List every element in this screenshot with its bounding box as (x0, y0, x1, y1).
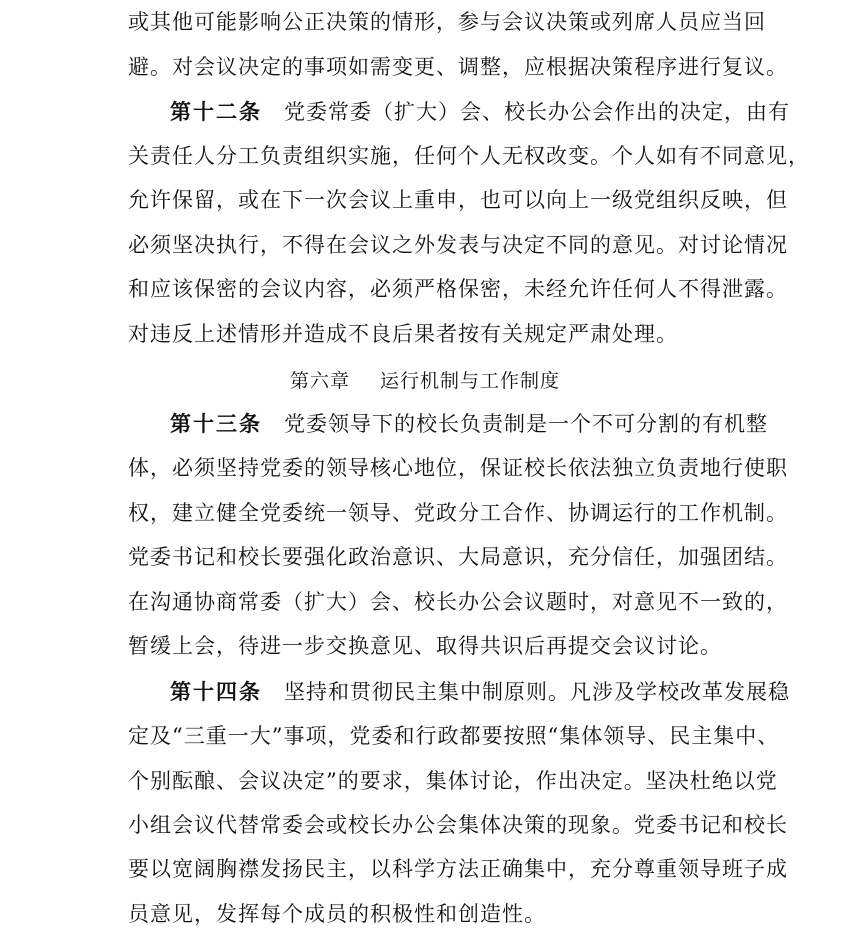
text-line: 小组会议代替常委会或校长办公会集体决策的现象。党委书记和校长 (128, 810, 722, 840)
text-line: 暂缓上会，待进一步交换意见、取得共识后再提交会议讨论。 (128, 631, 722, 661)
text-line: 必须坚决执行，不得在会议之外发表与决定不同的意见。对讨论情况 (128, 230, 722, 260)
article-text: 坚持和贯彻民主集中制原则。凡涉及学校改革发展稳 (284, 680, 790, 704)
article-number: 第十二条 (170, 100, 262, 124)
article-text: 党委领导下的校长负责制是一个不可分割的有机整 (284, 412, 768, 436)
text-line: 要以宽阔胸襟发扬民主，以科学方法正确集中，充分尊重领导班子成 (128, 854, 722, 884)
chapter-heading: 第六章运行机制与工作制度 (0, 366, 850, 396)
chapter-title: 运行机制与工作制度 (380, 370, 560, 392)
text-line: 权，建立健全党委统一领导、党政分工合作、协调运行的工作机制。 (128, 498, 722, 528)
text-line: 体，必须坚持党委的领导核心地位，保证校长依法独立负责地行使职 (128, 453, 722, 483)
article-number: 第十四条 (170, 680, 262, 704)
document-page: 或其他可能影响公正决策的情形，参与会议决策或列席人员应当回 避。对会议决定的事项… (0, 0, 850, 943)
text-line: 允许保留，或在下一次会议上重申，也可以向上一级党组织反映，但 (128, 185, 722, 215)
article-12-first-line: 第十二条党委常委（扩大）会、校长办公会作出的决定，由有 (170, 97, 722, 127)
text-line: 避。对会议决定的事项如需变更、调整，应根据决策程序进行复议。 (128, 52, 722, 82)
text-line: 和应该保密的会议内容，必须严格保密，未经允许任何人不得泄露。 (128, 274, 722, 304)
text-line: 定及“三重一大”事项，党委和行政都要按照“集体领导、民主集中、 (128, 721, 722, 751)
text-line: 在沟通协商常委（扩大）会、校长办公会议题时，对意见不一致的， (128, 587, 722, 617)
chapter-number: 第六章 (290, 370, 350, 392)
article-14-first-line: 第十四条坚持和贯彻民主集中制原则。凡涉及学校改革发展稳 (170, 677, 722, 707)
article-number: 第十三条 (170, 412, 262, 436)
article-13-first-line: 第十三条党委领导下的校长负责制是一个不可分割的有机整 (170, 409, 722, 439)
text-line: 员意见，发挥每个成员的积极性和创造性。 (128, 899, 722, 929)
article-text: 党委常委（扩大）会、校长办公会作出的决定，由有 (284, 100, 790, 124)
text-line: 党委书记和校长要强化政治意识、大局意识，充分信任，加强团结。 (128, 542, 722, 572)
text-line: 或其他可能影响公正决策的情形，参与会议决策或列席人员应当回 (128, 7, 722, 37)
text-line: 关责任人分工负责组织实施，任何个人无权改变。个人如有不同意见， (128, 141, 722, 171)
text-line: 对违反上述情形并造成不良后果者按有关规定严肃处理。 (128, 319, 722, 349)
text-line: 个别酝酿、会议决定”的要求，集体讨论，作出决定。坚决杜绝以党 (128, 766, 722, 796)
